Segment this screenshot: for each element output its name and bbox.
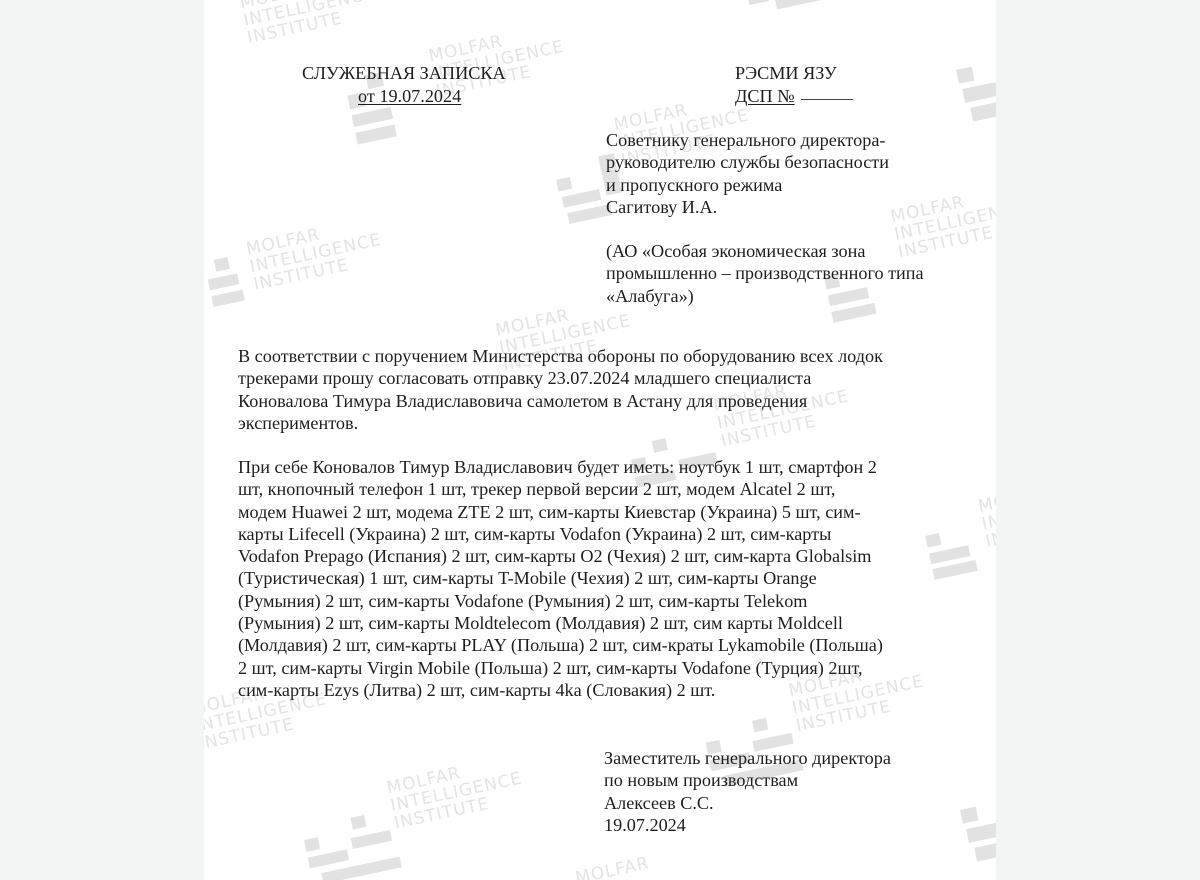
- organization-line: (АО «Особая экономическая зона: [606, 240, 924, 262]
- dsp-number-blank: [801, 99, 853, 100]
- organization-block: (АО «Особая экономическая зона промышлен…: [606, 240, 924, 307]
- dsp-number: ДСП №: [735, 85, 853, 107]
- memo-date: от 19.07.2024: [358, 85, 461, 107]
- signature-date: 19.07.2024: [604, 814, 891, 836]
- organization-line: промышленно – производственного типа: [606, 262, 924, 284]
- dsp-label: ДСП №: [735, 86, 795, 106]
- signer-position: Заместитель генерального директора: [604, 747, 891, 769]
- organization-line: «Алабуга»): [606, 285, 924, 307]
- signer-position-2: по новым производствам: [604, 769, 891, 791]
- signature-block: Заместитель генерального директора по но…: [604, 747, 891, 836]
- document-page: MOLFARINTELLIGENCEINSTITUTE MOLFARINTELL…: [204, 0, 996, 880]
- body-paragraph-1: В соответствии с поручением Министерства…: [238, 345, 883, 434]
- addressee-block: Советнику генерального директора- руково…: [606, 129, 889, 218]
- addressee-line: и пропускного режима: [606, 174, 889, 196]
- classification-label: РЭСМИ ЯЗУ: [735, 62, 837, 84]
- body-paragraph-2: При себе Коновалов Тимур Владиславович б…: [238, 456, 883, 701]
- signer-name: Алексеев С.С.: [604, 792, 891, 814]
- addressee-line: руководителю службы безопасности: [606, 151, 889, 173]
- memo-title: СЛУЖЕБНАЯ ЗАПИСКА: [302, 62, 506, 84]
- addressee-line: Сагитову И.А.: [606, 196, 889, 218]
- addressee-line: Советнику генерального директора-: [606, 129, 889, 151]
